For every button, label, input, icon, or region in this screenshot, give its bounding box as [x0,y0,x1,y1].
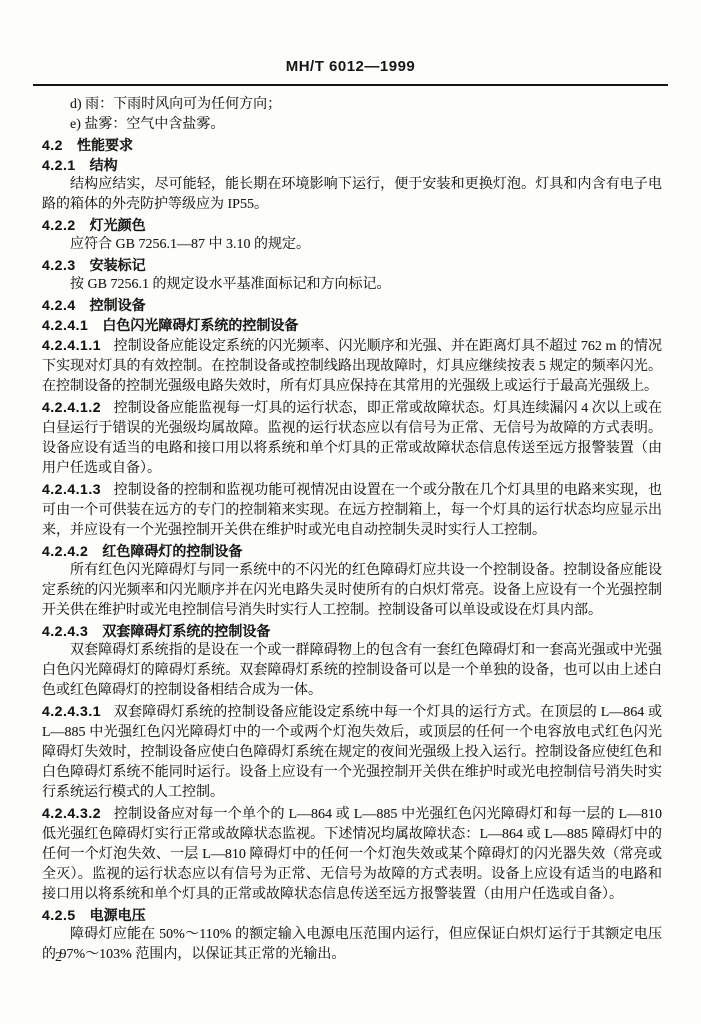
clause-text: 控制设备应能设定系统的闪光频率、闪光顺序和光强、并在距离灯具不超过 762 m … [42,339,662,394]
section-heading-4-2-4: 4.2.4控制设备 [42,295,662,315]
section-number: 4.2.5 [42,907,76,923]
section-title: 灯光颜色 [90,217,146,233]
clause-number: 4.2.4.3.2 [42,805,101,821]
section-number: 4.2.3 [42,257,76,273]
section-number: 4.2.4.3 [42,623,88,639]
section-number: 4.2.4.1 [42,317,88,333]
clause-4-2-4-1-1: 4.2.4.1.1控制设备应能设定系统的闪光频率、闪光顺序和光强、并在距离灯具不… [42,335,662,397]
page-number: 2 [55,950,62,966]
section-heading-4-2-3: 4.2.3安装标记 [42,255,662,275]
clause-number: 4.2.4.1.3 [42,481,101,497]
standard-number: MH/T 6012—1999 [286,58,416,75]
document-body: d) 雨：下雨时风向可为任何方向； e) 盐雾：空气中含盐雾。 4.2性能要求 … [42,95,662,965]
section-heading-4-2-5: 4.2.5电源电压 [42,905,662,925]
clause-4-2-4-1-3: 4.2.4.1.3控制设备的控制和监视功能可视情况由设置在一个或分散在几个灯具里… [42,479,662,541]
clause-number: 4.2.4.1.1 [42,337,101,353]
section-heading-4-2-1: 4.2.1结构 [42,155,662,175]
clause-text: 控制设备应对每一个单个的 L—864 或 L—885 中光强红色闪光障碍灯和每一… [42,807,662,902]
clause-number: 4.2.4.3.1 [42,703,101,719]
clause-number: 4.2.4.1.2 [42,399,101,415]
section-number: 4.2.1 [42,157,76,173]
section-heading-4-2-4-1: 4.2.4.1白色闪光障碍灯系统的控制设备 [42,315,662,335]
section-heading-4-2: 4.2性能要求 [42,135,662,155]
clause-text: 双套障碍灯系统的控制设备应能设定系统中每一个灯具的运行方式。在顶层的 L—864… [42,705,662,800]
clause-text: 控制设备的控制和监视功能可视情况由设置在一个或分散在几个灯具里的电路来实现，也可… [42,483,662,538]
section-number: 4.2.4 [42,297,76,313]
list-item-e: e) 盐雾：空气中含盐雾。 [42,115,662,135]
clause-4-2-4-3-2: 4.2.4.3.2控制设备应对每一个单个的 L—864 或 L—885 中光强红… [42,803,662,905]
section-title: 白色闪光障碍灯系统的控制设备 [102,317,298,333]
section-title: 双套障碍灯系统的控制设备 [102,623,270,639]
section-title: 结构 [90,157,118,173]
scanned-standard-page: MH/T 6012—1999 d) 雨：下雨时风向可为任何方向； e) 盐雾：空… [0,0,701,1024]
section-title: 性能要求 [77,137,133,153]
paragraph-light-color: 应符合 GB 7256.1—87 中 3.10 的规定。 [42,235,662,255]
section-title: 控制设备 [90,297,146,313]
section-title: 电源电压 [90,907,146,923]
section-heading-4-2-4-3: 4.2.4.3双套障碍灯系统的控制设备 [42,621,662,641]
paragraph-red-light-control: 所有红色闪光障碍灯与同一系统中的不闪光的红色障碍灯应共设一个控制设备。控制设备应… [42,561,662,621]
clause-4-2-4-3-1: 4.2.4.3.1双套障碍灯系统的控制设备应能设定系统中每一个灯具的运行方式。在… [42,701,662,803]
section-title: 红色障碍灯的控制设备 [102,543,242,559]
section-title: 安装标记 [90,257,146,273]
paragraph-structure: 结构应结实，尽可能轻，能长期在环境影响下运行，便于安装和更换灯泡。灯具和内含有电… [42,175,662,215]
paragraph-install-marking: 按 GB 7256.1 的规定设水平基准面标记和方向标记。 [42,275,662,295]
list-item-d: d) 雨：下雨时风向可为任何方向； [42,95,662,115]
paragraph-power-voltage: 障碍灯应能在 50%～110% 的额定输入电源电压范围内运行，但应保证白炽灯运行… [42,925,662,965]
paragraph-dual-system: 双套障碍灯系统指的是设在一个或一群障碍物上的包含有一套红色障碍灯和一套高光强或中… [42,641,662,701]
page-header: MH/T 6012—1999 [0,58,701,76]
section-number: 4.2.2 [42,217,76,233]
section-heading-4-2-2: 4.2.2灯光颜色 [42,215,662,235]
section-heading-4-2-4-2: 4.2.4.2红色障碍灯的控制设备 [42,541,662,561]
clause-text: 控制设备应能监视每一灯具的运行状态，即正常或故障状态。灯具连续漏闪 4 次以上或… [42,401,662,476]
section-number: 4.2 [42,137,63,153]
section-number: 4.2.4.2 [42,543,88,559]
clause-4-2-4-1-2: 4.2.4.1.2控制设备应能监视每一灯具的运行状态，即正常或故障状态。灯具连续… [42,397,662,479]
header-rule [33,84,668,86]
